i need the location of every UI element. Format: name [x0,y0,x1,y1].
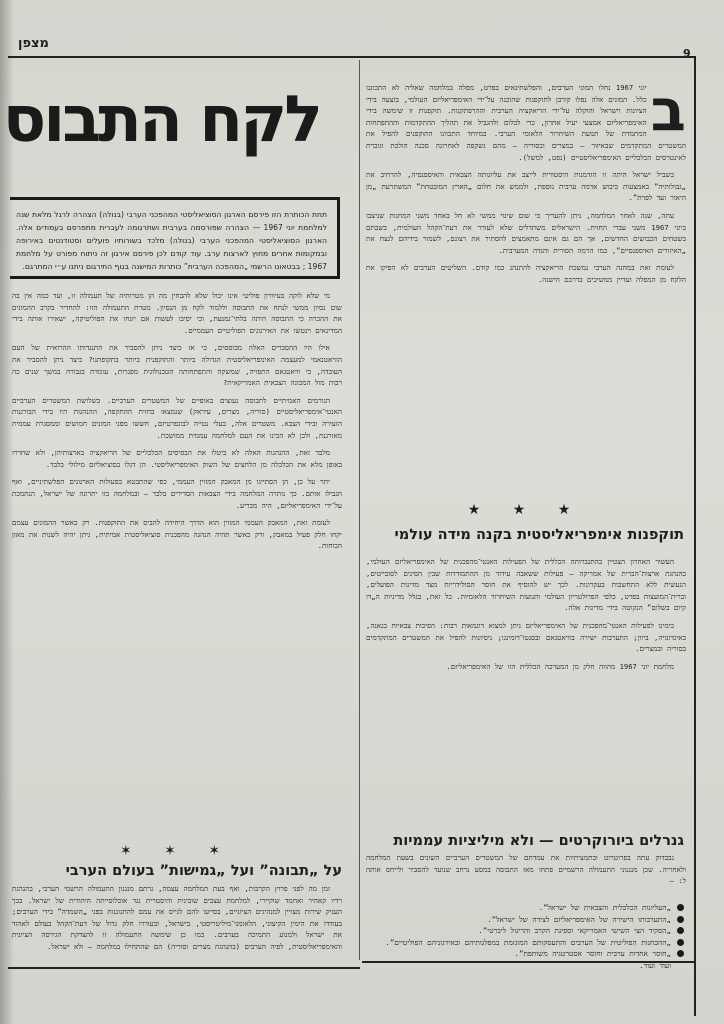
section-heading: תוקפנות אימפריאליסטית בקנה מידה עולמי [366,527,684,543]
top-rule [8,56,696,58]
paragraph: בשביל ישראל היתה זו הזדמנות היסטורית ליי… [366,169,686,204]
right-border-rule [694,56,696,1016]
drop-cap: ב [651,82,686,138]
paragraph: העשור האחרון הצטיין בהתגברותה הכללית של … [366,556,686,614]
bullet-dot-icon [677,950,684,957]
column-divider [359,60,360,960]
bullet-item: „חוסר אחדות ערבית וחוסר אסטרטגיה משותפת”… [366,948,684,960]
right-column-section-1: העשור האחרון הצטיין בהתגברותה הכללית של … [366,556,686,826]
paragraph: יתר על כן, הן הסתייגו מן המאבק המזוין הע… [12,476,342,511]
masthead-title: מצפן [18,36,49,51]
bullet-item: „הסקיד הצי השישי האמריקאי וספינת הקרב וה… [366,925,684,937]
newspaper-page: מצפן 9 לקח התבוסה תחת הכותרת הזו פירסם ה… [0,0,724,1024]
bottom-rule [8,967,360,969]
paragraph: לעומת זאת במחנה הערבי נמשכת הריאקציה להת… [366,262,686,285]
right-column-article: ב יוני 1967 נחלו המוני הערבים, והפלשתינא… [366,82,686,492]
paragraph: לעומת זאת, המאבק העממי המזוין הוא הדרך ה… [12,517,342,552]
section-separator-stars: ✶ ✶ ✶ [12,843,342,859]
bottom-rule [362,961,696,963]
headline: לקח התבוסה [0,82,320,158]
left-column-section-2: זמן מה לפני פרוץ הקרבות, ואף בעת המלחמה … [12,883,342,953]
paragraph: בימינו לפעילות האנטי־מהפכנית של האימפריא… [366,620,686,655]
section-separator-stars: ★ ★ ★ [366,502,686,518]
paragraph: יוני 1967 נחלו המוני הערבים, והפלשתינאים… [366,82,686,163]
paragraph: נבבדוק עתה בפרוטרוט ובתמציתיות את עמדתם … [366,852,686,887]
section-heading: גנרלים ביורוקרטים — ולא מיליציות עממיות [366,833,684,849]
paragraph: מלבד זאת, ההנהגות האלה לא ביטלו את הבסיס… [12,447,342,470]
intro-box: תחת הכותרת הזו פירסם הארגון הסוציאליסטי … [10,197,340,279]
section-heading: על „תבונה” ועל „גמישות” בעולם הערבי [12,863,342,879]
bullet-item: „התערבותו הישירה של האימפריאליזם לצידה ש… [366,914,684,926]
bullet-dot-icon [677,916,684,923]
left-column-article: מי שלא לוקה בעיוורון פוליטי אינו יכול של… [12,290,342,840]
paragraph: הגורמים האמיתיים לתבוסה נעוצים באופיים ש… [12,395,342,441]
paragraph: מלחמת יוני 1967 מהווה חלק מן המערכה הכלל… [366,661,686,673]
bullet-dot-icon [677,939,684,946]
bullet-item: „העליונות הכלכלית והצבאית של ישראל”. [366,902,684,914]
paragraph: זמן מה לפני פרוץ הקרבות, ואף בעת המלחמה … [12,883,342,953]
paragraph: מי שלא לוקה בעיוורון פוליטי אינו יכול של… [12,290,342,336]
right-column-section-3: נבבדוק עתה בפרוטרוט ובתמציתיות את עמדתם … [366,852,686,902]
paragraph: עתה, שנה לאחר המלחמה, ניתן להעריך כי שום… [366,210,686,256]
paragraph: אילו היו ההסברים האלה מבוססים, כי אז כיצ… [12,342,342,388]
bullet-dot-icon [677,927,684,934]
page-number: 9 [683,47,691,60]
bullet-dot-icon [677,904,684,911]
bullet-item: „ההכחנות הפוליטית של הערבים והתעסקותם המ… [366,937,684,949]
